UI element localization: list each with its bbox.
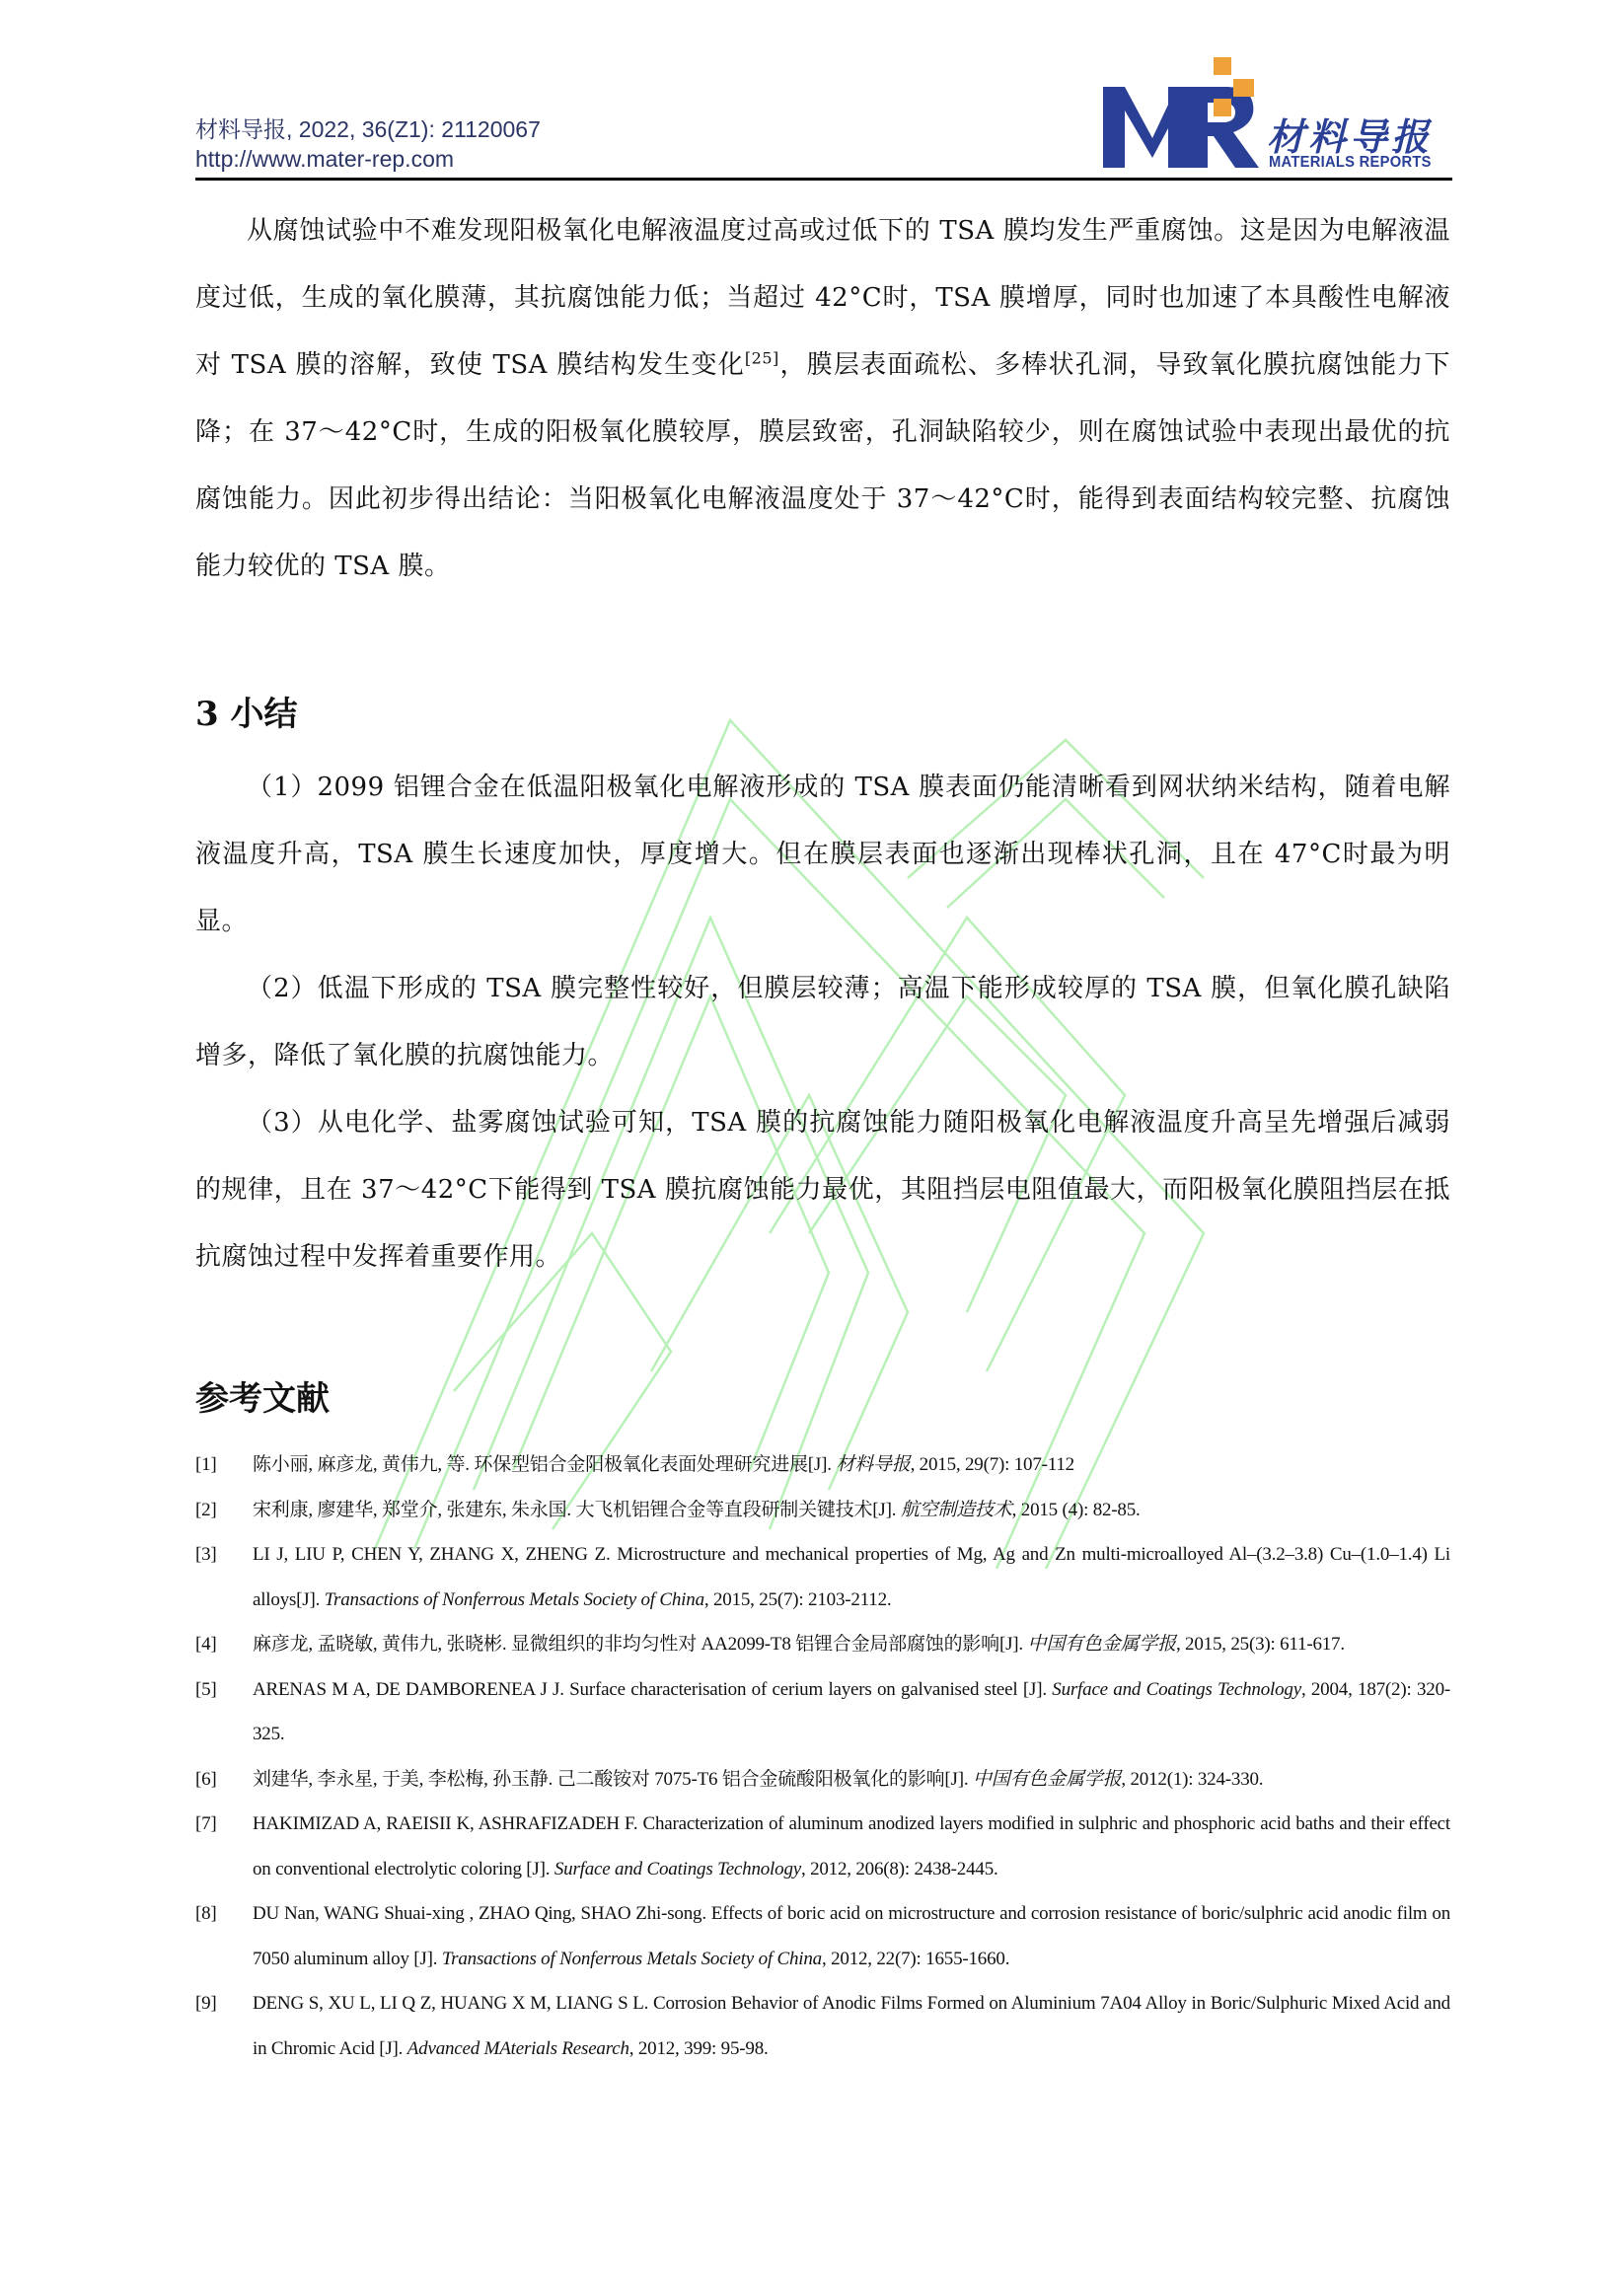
reference-journal: Advanced MAterials Research — [407, 2038, 629, 2059]
reference-item: [4] 麻彦龙, 孟晓敏, 黄伟九, 张晓彬. 显微组织的非均匀性对 AA209… — [195, 1622, 1450, 1667]
mr-logo-icon — [1103, 55, 1271, 178]
reference-list: [1] 陈小丽, 麻彦龙, 黄伟九, 等. 环保型铝合金阳极氧化表面处理研究进展… — [195, 1442, 1450, 2071]
reference-details: , 2012, 206(8): 2438-2445. — [801, 1859, 998, 1880]
reference-journal: Surface and Coatings Technology — [554, 1859, 801, 1880]
reference-item: [3] LI J, LIU P, CHEN Y, ZHANG X, ZHENG … — [195, 1532, 1450, 1622]
discussion-paragraph: 从腐蚀试验中不难发现阳极氧化电解液温度过高或过低下的 TSA 膜均发生严重腐蚀。… — [195, 197, 1450, 600]
reference-text: ARENAS M A, DE DAMBORENEA J J. Surface c… — [253, 1679, 1052, 1700]
reference-details: , 2015, 25(3): 611-617. — [1176, 1634, 1345, 1655]
reference-details: , 2015, 29(7): 107-112 — [911, 1454, 1074, 1475]
reference-item: [6] 刘建华, 李永星, 于美, 李松梅, 孙玉静. 己二酸铵对 7075-T… — [195, 1757, 1450, 1803]
reference-item: [1] 陈小丽, 麻彦龙, 黄伟九, 等. 环保型铝合金阳极氧化表面处理研究进展… — [195, 1442, 1450, 1488]
reference-item: [9] DENG S, XU L, LI Q Z, HUANG X M, LIA… — [195, 1981, 1450, 2071]
reference-item: [8] DU Nan, WANG Shuai-xing , ZHAO Qing,… — [195, 1891, 1450, 1981]
reference-item: [7] HAKIMIZAD A, RAEISII K, ASHRAFIZADEH… — [195, 1802, 1450, 1891]
reference-details: , 2015 (4): 82-85. — [1012, 1500, 1141, 1520]
reference-number: [4] — [195, 1622, 217, 1667]
reference-number: [7] — [195, 1802, 217, 1847]
citation-superscript[interactable]: [25] — [745, 348, 779, 367]
reference-details: , 2012, 22(7): 1655-1660. — [822, 1949, 1009, 1969]
reference-number: [5] — [195, 1667, 217, 1713]
reference-journal: Surface and Coatings Technology — [1052, 1679, 1301, 1700]
reference-number: [6] — [195, 1757, 217, 1803]
reference-journal: 中国有色金属学报 — [973, 1769, 1121, 1790]
header-divider — [195, 178, 1452, 181]
reference-journal: 中国有色金属学报 — [1028, 1634, 1176, 1655]
reference-item: [5] ARENAS M A, DE DAMBORENEA J J. Surfa… — [195, 1667, 1450, 1757]
reference-details: , 2012(1): 324-330. — [1121, 1769, 1263, 1790]
reference-number: [9] — [195, 1981, 217, 2027]
reference-text: 麻彦龙, 孟晓敏, 黄伟九, 张晓彬. 显微组织的非均匀性对 AA2099-T8… — [253, 1634, 1028, 1655]
reference-number: [3] — [195, 1532, 217, 1578]
reference-journal: 航空制造技术 — [901, 1500, 1012, 1520]
reference-journal: Transactions of Nonferrous Metals Societ… — [325, 1589, 704, 1610]
reference-text: 刘建华, 李永星, 于美, 李松梅, 孙玉静. 己二酸铵对 7075-T6 铝合… — [253, 1769, 973, 1790]
summary-heading: 3 小结 — [195, 687, 298, 735]
reference-number: [1] — [195, 1442, 217, 1488]
summary-item-2: （2）低温下形成的 TSA 膜完整性较好，但膜层较薄；高温下能形成较厚的 TSA… — [195, 955, 1450, 1089]
reference-item: [2] 宋利康, 廖建华, 郑堂介, 张建东, 朱永国. 大飞机铝锂合金等直段研… — [195, 1488, 1450, 1533]
paragraph-text-cont: ，膜层表面疏松、多棒状孔洞，导致氧化膜抗腐蚀能力下降；在 37～42°C时，生成… — [195, 350, 1450, 581]
logo-english-title: MATERIALS REPORTS — [1269, 154, 1432, 172]
reference-journal: 材料导报 — [836, 1454, 910, 1475]
reference-number: [2] — [195, 1488, 217, 1533]
journal-url[interactable]: http://www.mater-rep.com — [195, 146, 454, 173]
reference-details: , 2015, 25(7): 2103-2112. — [704, 1589, 892, 1610]
summary-item-3: （3）从电化学、盐雾腐蚀试验可知，TSA 膜的抗腐蚀能力随阳极氧化电解液温度升高… — [195, 1089, 1450, 1290]
summary-item-1: （1）2099 铝锂合金在低温阳极氧化电解液形成的 TSA 膜表面仍能清晰看到网… — [195, 754, 1450, 955]
references-heading: 参考文献 — [195, 1371, 330, 1420]
reference-text: 陈小丽, 麻彦龙, 黄伟九, 等. 环保型铝合金阳极氧化表面处理研究进展[J]. — [253, 1454, 836, 1475]
logo-chinese-title: 材料导报 — [1267, 107, 1433, 161]
reference-text: 宋利康, 廖建华, 郑堂介, 张建东, 朱永国. 大飞机铝锂合金等直段研制关键技… — [253, 1500, 901, 1520]
reference-number: [8] — [195, 1891, 217, 1937]
reference-details: , 2012, 399: 95-98. — [629, 2038, 769, 2059]
reference-journal: Transactions of Nonferrous Metals Societ… — [442, 1949, 822, 1969]
summary-section: （1）2099 铝锂合金在低温阳极氧化电解液形成的 TSA 膜表面仍能清晰看到网… — [195, 754, 1450, 1290]
journal-citation: 材料导报, 2022, 36(Z1): 21120067 — [195, 111, 541, 144]
page-header: 材料导报, 2022, 36(Z1): 21120067 http://www.… — [195, 0, 1452, 184]
discussion-section: 从腐蚀试验中不难发现阳极氧化电解液温度过高或过低下的 TSA 膜均发生严重腐蚀。… — [195, 197, 1450, 600]
journal-logo: 材料导报 MATERIALS REPORTS — [1103, 55, 1452, 178]
